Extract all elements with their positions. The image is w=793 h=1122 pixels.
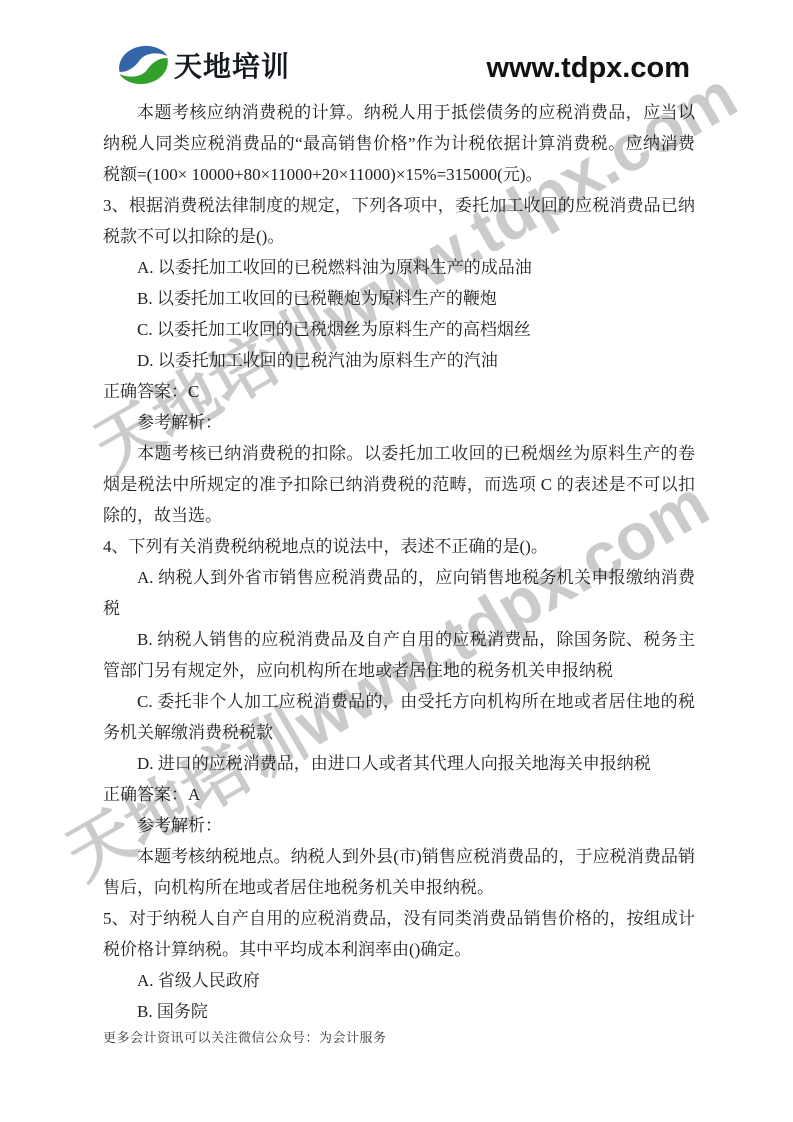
document-body: 本题考核应纳消费税的计算。纳税人用于抵偿债务的应税消费品，应当以纳税人同类应税消… xyxy=(103,97,695,1027)
brand-logo: 天地培训 xyxy=(116,42,290,88)
q2-analysis-text: 本题考核应纳消费税的计算。纳税人用于抵偿债务的应税消费品，应当以纳税人同类应税消… xyxy=(103,97,695,190)
q4-option-c: C. 委托非个人加工应税消费品的，由受托方向机构所在地或者居住地的税务机关解缴消… xyxy=(103,686,695,748)
question-5-text: 5、对于纳税人自产自用的应税消费品，没有同类消费品销售价格的，按组成计税价格计算… xyxy=(103,903,695,965)
q3-analysis-label: 参考解析： xyxy=(103,407,695,438)
brand-name: 天地培训 xyxy=(174,45,290,85)
q5-option-b: B. 国务院 xyxy=(103,996,695,1027)
q4-option-b: B. 纳税人销售的应税消费品及自产自用的应税消费品，除国务院、税务主管部门另有规… xyxy=(103,624,695,686)
document-page: 天地培训 www.tdpx.com 天地培训www.tdpx.com 天地培训w… xyxy=(0,0,793,1122)
q4-option-a: A. 纳税人到外省市销售应税消费品的，应向销售地税务机关申报缴纳消费税 xyxy=(103,562,695,624)
q4-option-d: D. 进口的应税消费品，由进口人或者其代理人向报关地海关申报纳税 xyxy=(103,748,695,779)
q4-correct-answer: 正确答案：A xyxy=(103,779,695,810)
q3-option-d: D. 以委托加工收回的已税汽油为原料生产的汽油 xyxy=(103,345,695,376)
footer-note: 更多会计资讯可以关注微信公众号：为会计服务 xyxy=(103,1030,387,1045)
question-3-text: 3、根据消费税法律制度的规定，下列各项中，委托加工收回的应税消费品已纳税款不可以… xyxy=(103,190,695,252)
footer: 更多会计资讯可以关注微信公众号：为会计服务 xyxy=(103,1027,387,1046)
q4-analysis-text: 本题考核纳税地点。纳税人到外县(市)销售应税消费品的，于应税消费品销售后，向机构… xyxy=(103,841,695,903)
q4-analysis-label: 参考解析： xyxy=(103,810,695,841)
q5-option-a: A. 省级人民政府 xyxy=(103,965,695,996)
page-header: 天地培训 www.tdpx.com xyxy=(0,0,793,100)
q3-analysis-text: 本题考核已纳消费税的扣除。以委托加工收回的已税烟丝为原料生产的卷烟是税法中所规定… xyxy=(103,438,695,531)
tdpx-logo-icon xyxy=(116,42,172,88)
q3-correct-answer: 正确答案：C xyxy=(103,376,695,407)
q3-option-c: C. 以委托加工收回的已税烟丝为原料生产的高档烟丝 xyxy=(103,314,695,345)
q3-option-a: A. 以委托加工收回的已税燃料油为原料生产的成品油 xyxy=(103,252,695,283)
question-4-text: 4、下列有关消费税纳税地点的说法中，表述不正确的是()。 xyxy=(103,531,695,562)
q3-option-b: B. 以委托加工收回的已税鞭炮为原料生产的鞭炮 xyxy=(103,283,695,314)
site-url-text: www.tdpx.com xyxy=(486,52,690,85)
